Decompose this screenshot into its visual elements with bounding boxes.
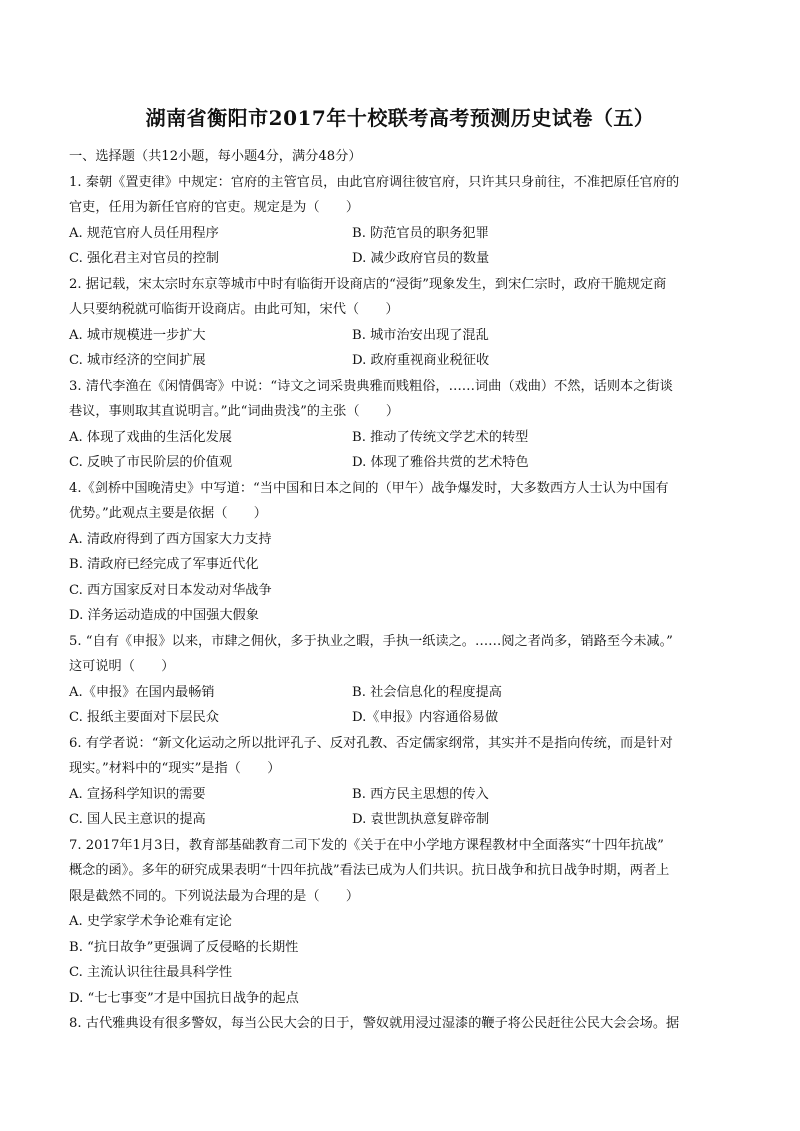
- question-1: 1. 秦朝《置吏律》中规定：官府的主管官员，由此官府调往彼官府，只许其只身前往，…: [69, 170, 739, 272]
- options-row: C. 反映了市民阶层的价值观 D. 体现了雅俗共赏的艺术特色: [69, 450, 739, 476]
- option-c: C. 西方国家反对日本发动对华战争: [69, 578, 739, 604]
- option-d: D. 洋务运动造成的中国强大假象: [69, 603, 739, 629]
- question-3: 3. 清代李渔在《闲情偶寄》中说：“诗文之词采贵典雅而贱粗俗，……词曲（戏曲）不…: [69, 374, 739, 476]
- question-stem-line: 人只要纳税就可临街开设商店。由此可知，宋代（ ）: [69, 297, 739, 323]
- option-b: B. 西方民主思想的传入: [352, 782, 635, 808]
- question-8: 8. 古代雅典设有很多警奴，每当公民大会的日于，警奴就用浸过湿漆的鞭子将公民赶往…: [69, 1011, 739, 1037]
- question-stem-line: 6. 有学者说：“新文化运动之所以批评孔子、反对孔教、否定儒家纲常，其实并不是指…: [69, 731, 739, 757]
- question-list: 一、选择题（共12小题，每小题4分，满分48分） 1. 秦朝《置吏律》中规定：官…: [69, 144, 739, 1037]
- section-header: 一、选择题（共12小题，每小题4分，满分48分）: [69, 144, 739, 170]
- option-d: D. 袁世凯执意复辟帝制: [352, 807, 635, 833]
- option-d: D. 体现了雅俗共赏的艺术特色: [352, 450, 635, 476]
- question-2: 2. 据记载，宋太宗时东京等城市中时有临街开设商店的“浸街”现象发生，到宋仁宗时…: [69, 272, 739, 374]
- question-stem-line: 巷议，事则取其直说明言。”此“词曲贵浅”的主张（ ）: [69, 399, 739, 425]
- option-b: B. 城市治安出现了混乱: [352, 323, 635, 349]
- question-5: 5. “自有《申报》以来，市肆之佣伙，多于执业之暇，手执一纸读之。……阅之者尚多…: [69, 629, 739, 731]
- option-d: D. “七七事变”才是中国抗日战争的起点: [69, 986, 739, 1012]
- options-row: A. 宣扬科学知识的需要 B. 西方民主思想的传入: [69, 782, 739, 808]
- question-stem-line: 官吏，任用为新任官府的官吏。规定是为（ ）: [69, 195, 739, 221]
- question-stem-line: 概念的函》。多年的研究成果表明“十四年抗战”看法已成为人们共识。抗日战争和抗日战…: [69, 858, 739, 884]
- question-4: 4.《剑桥中国晚清史》中写道：“当中国和日本之间的（甲午）战争爆发时，大多数西方…: [69, 476, 739, 629]
- option-b: B. 推动了传统文学艺术的转型: [352, 425, 635, 451]
- option-a: A. 史学家学术争论难有定论: [69, 909, 739, 935]
- option-b: B. 防范官员的职务犯罪: [352, 221, 635, 247]
- option-d: D. 政府重视商业税征收: [352, 348, 635, 374]
- option-a: A. 规范官府人员任用程序: [69, 221, 352, 247]
- option-b: B. 清政府已经完成了军事近代化: [69, 552, 739, 578]
- options-row: C. 国人民主意识的提高 D. 袁世凯执意复辟帝制: [69, 807, 739, 833]
- options-row: A. 规范官府人员任用程序 B. 防范官员的职务犯罪: [69, 221, 739, 247]
- option-a: A. 体现了戏曲的生活化发展: [69, 425, 352, 451]
- option-c: C. 主流认识往往最具科学性: [69, 960, 739, 986]
- option-c: C. 强化君主对官员的控制: [69, 246, 352, 272]
- options-row: A.《申报》在国内最畅销 B. 社会信息化的程度提高: [69, 680, 739, 706]
- options-row: C. 报纸主要面对下层民众 D.《申报》内容通俗易做: [69, 705, 739, 731]
- question-stem-line: 限是截然不同的。下列说法最为合理的是（ ）: [69, 884, 739, 910]
- options-row: C. 城市经济的空间扩展 D. 政府重视商业税征收: [69, 348, 739, 374]
- question-stem-line: 5. “自有《申报》以来，市肆之佣伙，多于执业之暇，手执一纸读之。……阅之者尚多…: [69, 629, 739, 655]
- question-7: 7. 2017年1月3日，教育部基础教育二司下发的《关于在中小学地方课程教材中全…: [69, 833, 739, 1012]
- question-stem-line: 2. 据记载，宋太宗时东京等城市中时有临街开设商店的“浸街”现象发生，到宋仁宗时…: [69, 272, 739, 298]
- option-a: A. 宣扬科学知识的需要: [69, 782, 352, 808]
- question-stem-line: 1. 秦朝《置吏律》中规定：官府的主管官员，由此官府调往彼官府，只许其只身前往，…: [69, 170, 739, 196]
- question-stem-line: 4.《剑桥中国晚清史》中写道：“当中国和日本之间的（甲午）战争爆发时，大多数西方…: [69, 476, 739, 502]
- option-a: A.《申报》在国内最畅销: [69, 680, 352, 706]
- option-c: C. 报纸主要面对下层民众: [69, 705, 352, 731]
- question-stem-line: 这可说明（ ）: [69, 654, 739, 680]
- exam-page: 湖南省衡阳市2017年十校联考高考预测历史试卷（五） 一、选择题（共12小题，每…: [0, 0, 800, 1131]
- option-a: A. 城市规模进一步扩大: [69, 323, 352, 349]
- option-c: C. 反映了市民阶层的价值观: [69, 450, 352, 476]
- option-a: A. 清政府得到了西方国家大力支持: [69, 527, 739, 553]
- option-c: C. 城市经济的空间扩展: [69, 348, 352, 374]
- question-stem-line: 7. 2017年1月3日，教育部基础教育二司下发的《关于在中小学地方课程教材中全…: [69, 833, 739, 859]
- options-row: A. 城市规模进一步扩大 B. 城市治安出现了混乱: [69, 323, 739, 349]
- question-stem-line: 3. 清代李渔在《闲情偶寄》中说：“诗文之词采贵典雅而贱粗俗，……词曲（戏曲）不…: [69, 374, 739, 400]
- question-6: 6. 有学者说：“新文化运动之所以批评孔子、反对孔教、否定儒家纲常，其实并不是指…: [69, 731, 739, 833]
- option-c: C. 国人民主意识的提高: [69, 807, 352, 833]
- options-row: C. 强化君主对官员的控制 D. 减少政府官员的数量: [69, 246, 739, 272]
- question-stem-line: 现实。”材料中的“现实”是指（ ）: [69, 756, 739, 782]
- option-d: D.《申报》内容通俗易做: [352, 705, 635, 731]
- option-b: B. “抗日故争”更强调了反侵略的长期性: [69, 935, 739, 961]
- options-row: A. 体现了戏曲的生活化发展 B. 推动了传统文学艺术的转型: [69, 425, 739, 451]
- option-b: B. 社会信息化的程度提高: [352, 680, 635, 706]
- question-stem-line: 优势。”此观点主要是依据（ ）: [69, 501, 739, 527]
- option-d: D. 减少政府官员的数量: [352, 246, 635, 272]
- document-title: 湖南省衡阳市2017年十校联考高考预测历史试卷（五）: [0, 104, 800, 132]
- question-stem-line: 8. 古代雅典设有很多警奴，每当公民大会的日于，警奴就用浸过湿漆的鞭子将公民赶往…: [69, 1011, 739, 1037]
